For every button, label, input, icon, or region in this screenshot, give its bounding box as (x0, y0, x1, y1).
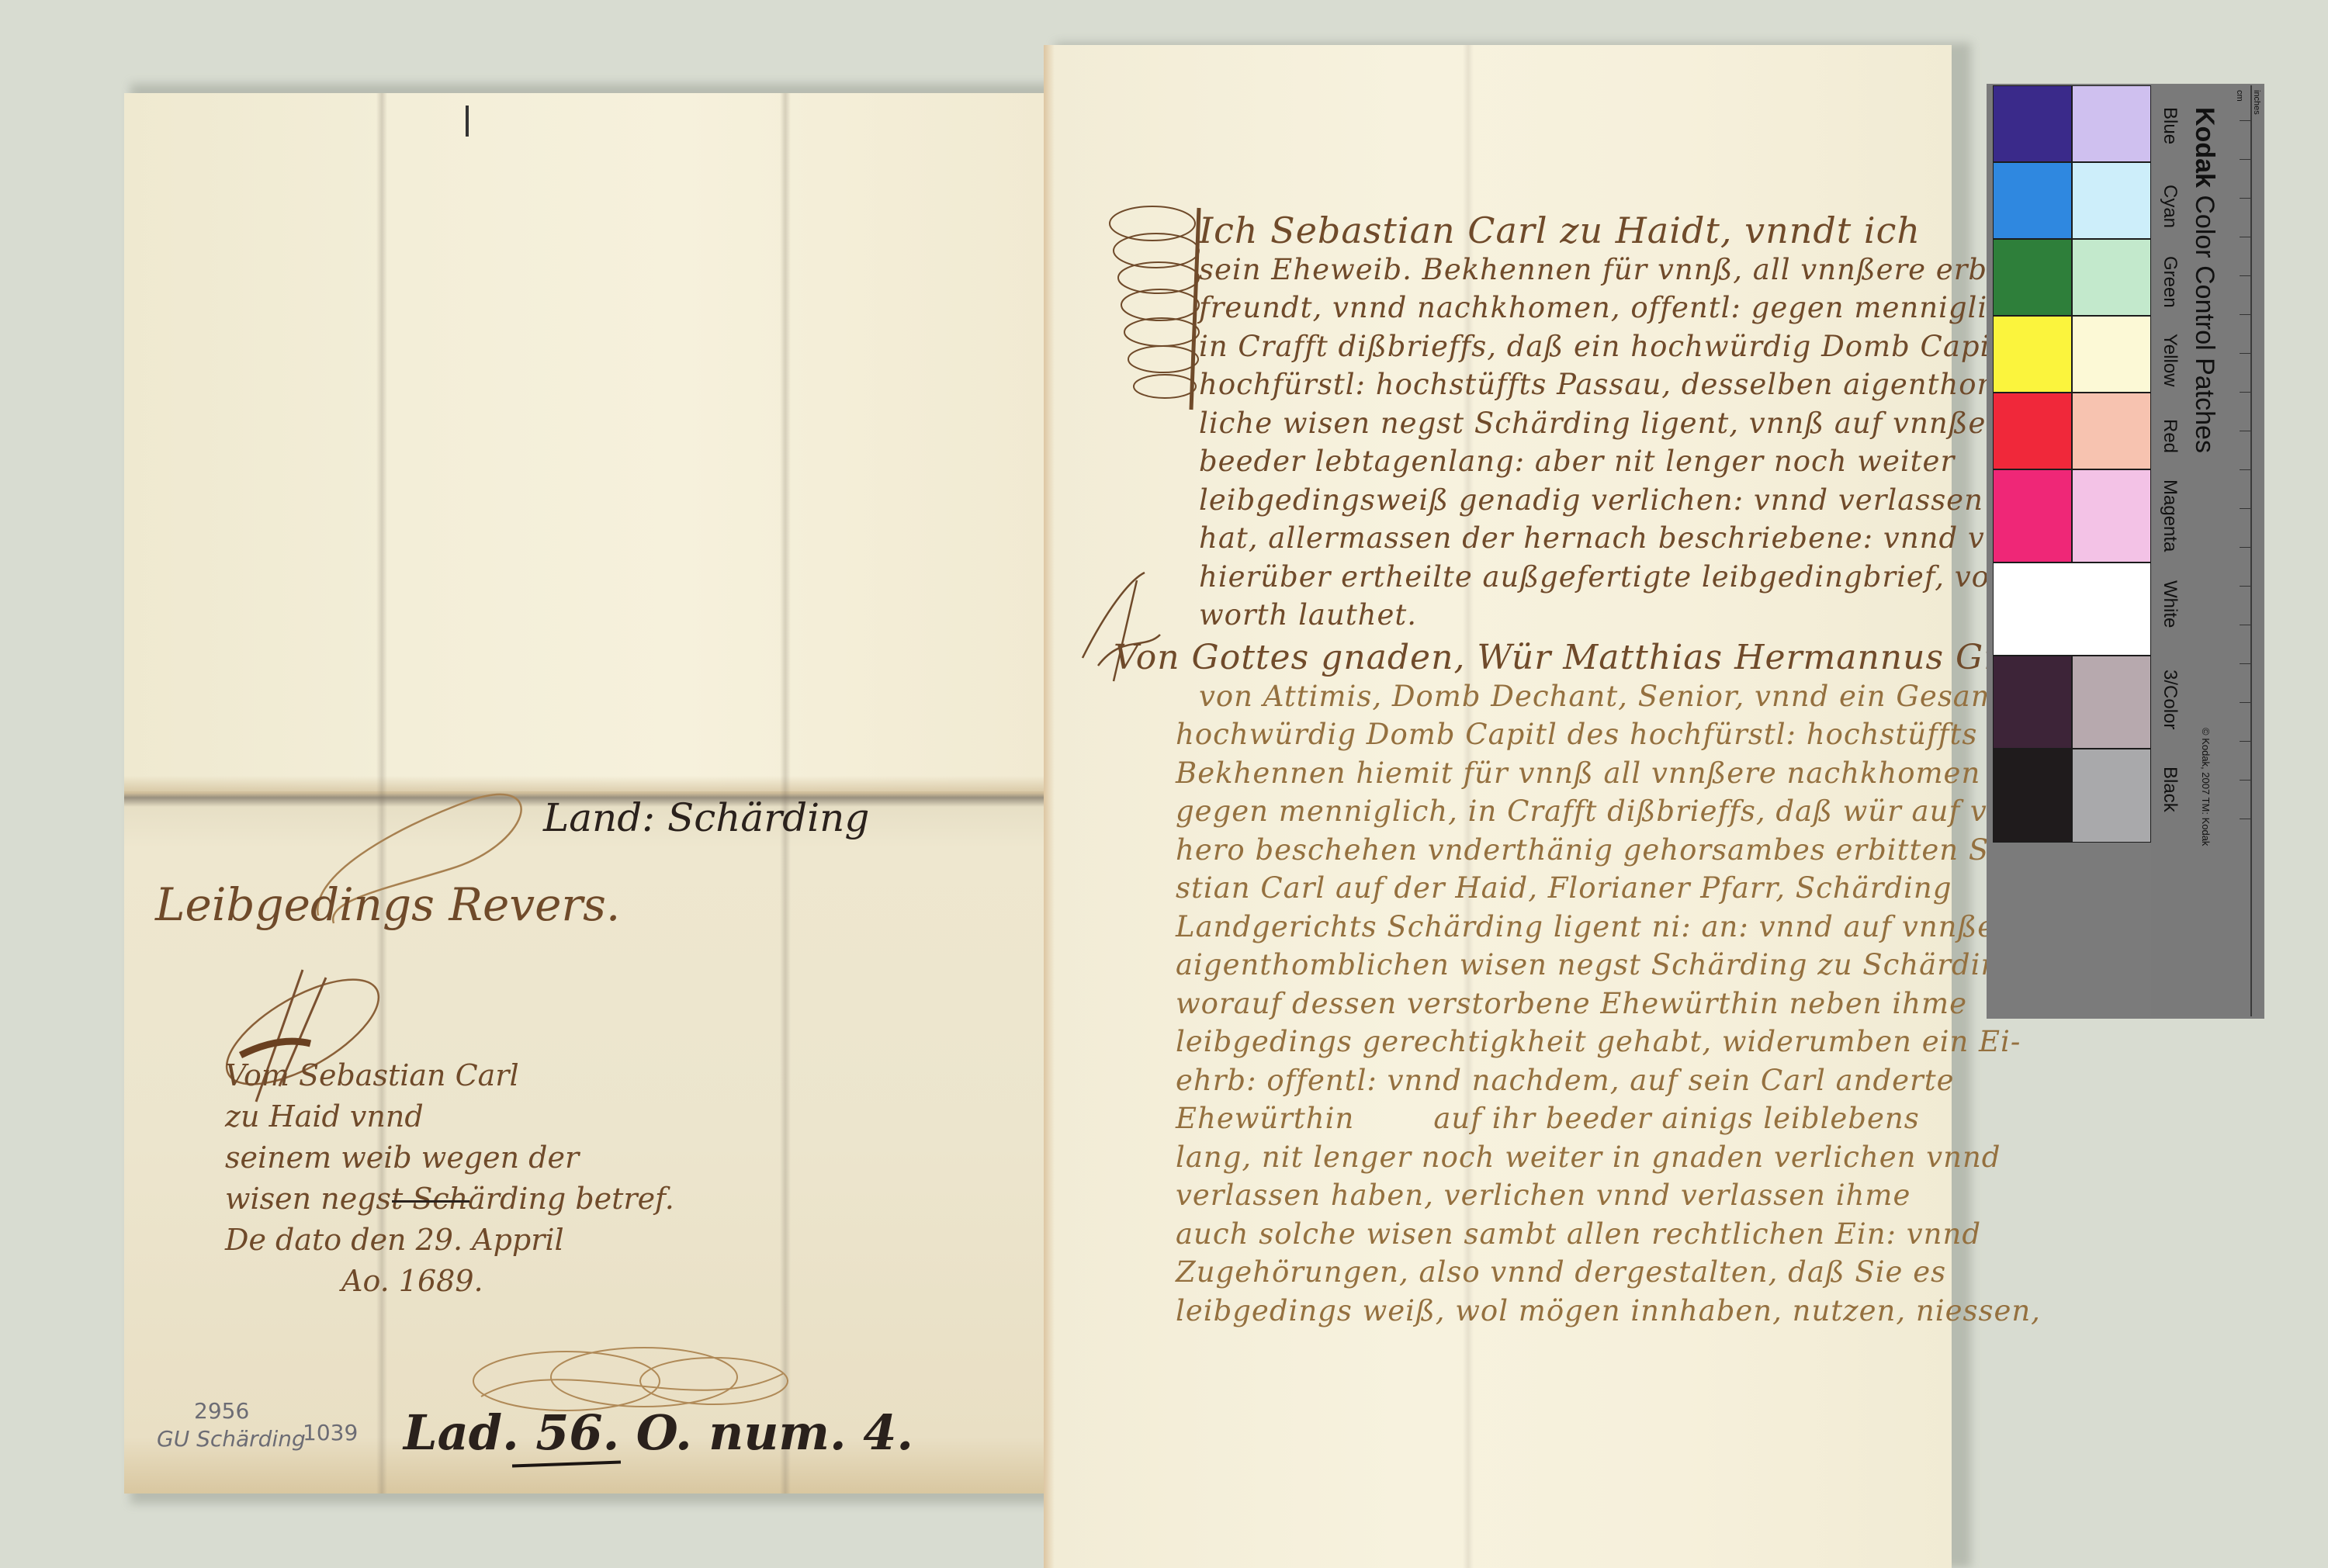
text-line: Ehewürthin auf ihr beeder ainigs leibleb… (1176, 1099, 2102, 1138)
ruler-scale (2250, 85, 2252, 1016)
ruler-tick (2240, 508, 2250, 509)
patch-label-yellow: Yellow (2159, 334, 2181, 387)
ruler-tick (2240, 237, 2250, 237)
patch-label-magenta: Magenta (2159, 479, 2181, 552)
patch-blue-light (2072, 85, 2151, 162)
patch-green-light (2072, 239, 2151, 316)
ruler-tick (2240, 586, 2250, 587)
chart-title-text: Color Control Patches (2190, 195, 2219, 453)
ruler-tick (2240, 663, 2250, 664)
text-line: lang, nit lenger noch weiter in gnaden v… (1176, 1138, 2102, 1177)
document-title: Leibgedings Revers. (155, 878, 620, 931)
ruler-tick (2240, 547, 2250, 548)
text-line: Zugehörungen, also vnnd dergestalten, da… (1176, 1253, 2102, 1292)
patch-label-red: Red (2159, 419, 2181, 453)
patch-3color-dark (1993, 656, 2072, 749)
chart-title: Kodak Color Control Patches (2189, 107, 2219, 453)
ruler-tick (2240, 159, 2250, 160)
text-line: hochwürdig Domb Capitl des hochfürstl: h… (1176, 715, 2102, 754)
patch-red-dark (1993, 393, 2072, 469)
summary-date-line: De dato den 29. Appril (225, 1220, 674, 1261)
text-line: Bekhennen hiemit für vnnß all vnnßere na… (1176, 754, 2102, 793)
patch-yellow-light (2072, 316, 2151, 393)
ruler-tick (2240, 120, 2250, 121)
patch-label-3color: 3/Color (2159, 670, 2181, 729)
text-line: verlassen haben, verlichen vnnd verlasse… (1176, 1176, 2102, 1215)
text-line: hero beschehen vnderthänig gehorsambes e… (1176, 831, 2102, 870)
ruler-tick (2240, 741, 2250, 742)
ruler-tick (2240, 314, 2250, 315)
text-line: worauf dessen verstorbene Ehewürthin neb… (1176, 985, 2102, 1023)
patch-magenta-dark (1993, 469, 2072, 562)
underline (392, 1200, 469, 1203)
ruler-tick (2240, 431, 2250, 431)
patch-green-dark (1993, 239, 2072, 316)
patch-label-green: Green (2159, 256, 2181, 308)
patch-yellow-dark (1993, 316, 2072, 393)
patch-label-black: Black (2159, 767, 2181, 812)
text-line: Landgerichts Schärding ligent ni: an: vn… (1176, 908, 2102, 947)
right-manuscript-sheet: Ich Sebastian Carl zu Haidt, vnndt ich s… (1044, 45, 1952, 1568)
left-folded-sheet: Land: Schärding Leibgedings Revers. Vom … (124, 93, 1048, 1494)
ruler-unit-cm: cm (2235, 90, 2244, 102)
summary-line: Vom Sebastian Carl (225, 1055, 674, 1096)
ruler-tick (2240, 702, 2250, 703)
pencil-note-year: 1039 (303, 1420, 358, 1445)
ruler-tick (2240, 392, 2250, 393)
vertical-fold-crease (1044, 45, 1055, 1568)
text-line: leibgedings weiß, wol mögen innhaben, nu… (1176, 1292, 2102, 1331)
summary-line: wisen negst Schärding betref. (225, 1179, 674, 1220)
text-line: auch solche wisen sambt allen rechtliche… (1176, 1215, 2102, 1254)
summary-line: zu Haid vnnd (225, 1096, 674, 1137)
text-line-heading: Von Gottes gnaden, Wür Matthias Hermannu… (1114, 639, 2040, 677)
archive-signature: Lad. 56. O. num. 4. (404, 1404, 913, 1461)
ruler-tick (2240, 353, 2250, 354)
patch-3color-light (2072, 656, 2151, 749)
patch-blue-dark (1993, 85, 2072, 162)
patch-label-white: White (2159, 580, 2181, 628)
patch-label-cyan: Cyan (2159, 185, 2181, 228)
text-line: ehrb: offentl: vnnd nachdem, auf sein Ca… (1176, 1061, 2102, 1100)
ruler-tick (2240, 275, 2250, 276)
patch-black-light (2072, 749, 2151, 843)
patch-red-light (2072, 393, 2151, 469)
summary-year-line: Ao. 1689. (341, 1261, 791, 1302)
chart-copyright: © Kodak, 2007 TM: Kodak (2200, 728, 2212, 846)
pencil-note-number: 2956 (194, 1398, 249, 1424)
ruler-tick (2240, 469, 2250, 470)
ruler-unit-inches: inches (2252, 90, 2261, 115)
ruler-tick (2240, 198, 2250, 199)
summary-block: Vom Sebastian Carl zu Haid vnnd seinem w… (225, 1055, 674, 1302)
kodak-color-control-chart: Kodak Color Control Patches Blue Cyan Gr… (1987, 84, 2264, 1019)
ruler-tick (2240, 819, 2250, 819)
patch-cyan-light (2072, 162, 2151, 239)
patch-label-blue: Blue (2159, 107, 2181, 144)
summary-line: seinem weib wegen der (225, 1137, 674, 1179)
patch-white (1993, 562, 2151, 656)
tear-mark (466, 106, 469, 137)
text-line: leibgedings gerechtigkheit gehabt, wider… (1176, 1023, 2102, 1061)
kodak-brand: Kodak (2190, 107, 2219, 188)
paragraph-2: Von Gottes gnaden, Wür Matthias Hermannu… (1114, 639, 2040, 1330)
ruler-tick (2240, 625, 2250, 625)
pencil-note-place: GU Schärding (157, 1426, 306, 1452)
text-line: aigenthomblichen wisen negst Schärding z… (1176, 946, 2102, 985)
text-line: stian Carl auf der Haid, Florianer Pfarr… (1176, 869, 2102, 908)
patch-cyan-dark (1993, 162, 2072, 239)
patch-black-dark (1993, 749, 2072, 843)
ruler-tick (2240, 780, 2250, 781)
patch-magenta-light (2072, 469, 2151, 562)
text-line: gegen menniglich, in Crafft dißbrieffs, … (1176, 792, 2102, 831)
